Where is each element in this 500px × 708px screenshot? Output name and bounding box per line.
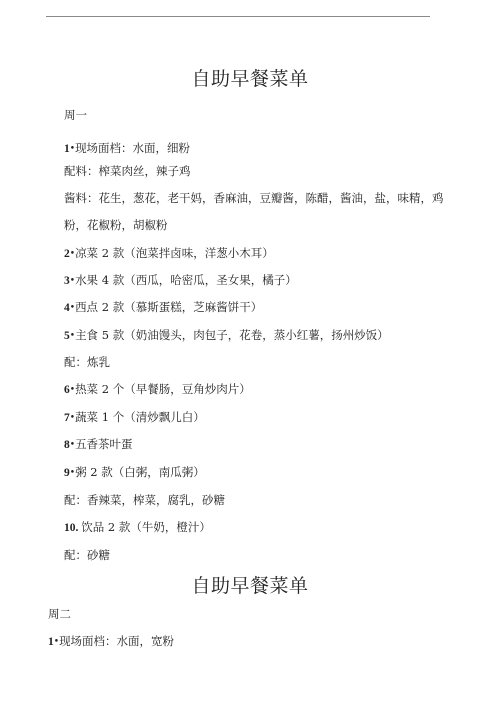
- section-title-monday: 自助早餐菜单: [0, 67, 500, 91]
- menu-item-6: 6•热菜 2 个（早餐肠，豆角炒肉片）: [64, 381, 251, 398]
- menu-item-9: 9•粥 2 款（白粥，南瓜粥）: [64, 464, 205, 481]
- section-title-tuesday: 自助早餐菜单: [0, 574, 500, 598]
- menu-item-4: 4•西点 2 款（慕斯蛋糕，芝麻酱饼干）: [64, 299, 262, 316]
- item-text: 粥 2 款（白粥，南瓜粥）: [75, 465, 205, 479]
- menu-item-7: 7•蔬菜 1 个（清炒飘儿白）: [64, 409, 205, 426]
- item-text: 凉菜 2 款（泡菜拌卤味，洋葱小木耳）: [75, 246, 274, 260]
- day-label-monday: 周一: [64, 107, 87, 123]
- menu-item-1: 1•现场面档：水面，细粉: [64, 140, 190, 157]
- item-text: 饮品 2 款（牛奶，橙汁）: [81, 520, 211, 534]
- menu-item-1-sauces-cont: 粉，花椒粉，胡椒粉: [64, 217, 168, 233]
- item-number: 10: [64, 522, 76, 534]
- menu-item-1-toppings: 配料：榨菜肉丝，辣子鸡: [64, 163, 191, 179]
- menu-item-10-side: 配：砂糖: [64, 547, 110, 563]
- menu-item-1-tuesday: 1•现场面档：水面，宽粉: [48, 633, 174, 650]
- page-header-rule: [46, 16, 430, 17]
- menu-item-8: 8•五香茶叶蛋: [64, 436, 133, 453]
- item-text: 现场面档：水面，宽粉: [59, 634, 174, 648]
- day-label-tuesday: 周二: [48, 606, 71, 622]
- menu-item-2: 2•凉菜 2 款（泡菜拌卤味，洋葱小木耳）: [64, 245, 274, 262]
- item-text: 水果 4 款（西瓜，哈密瓜，圣女果，橘子）: [75, 273, 297, 287]
- item-text: 现场面档：水面，细粉: [75, 141, 190, 155]
- menu-item-1-sauces: 酱料：花生，葱花，老干妈，香麻油，豆瓣酱，陈醋，酱油，盐，味精，鸡: [64, 190, 444, 206]
- menu-item-5: 5•主食 5 款（奶油馒头，肉包子，花卷，蒸小红薯，扬州炒饭）: [64, 327, 389, 344]
- item-text: 五香茶叶蛋: [75, 437, 133, 451]
- menu-item-5-side: 配：炼乳: [64, 354, 110, 370]
- menu-item-3: 3•水果 4 款（西瓜，哈密瓜，圣女果，橘子）: [64, 272, 297, 289]
- menu-item-10: 10. 饮品 2 款（牛奶，橙汁）: [64, 519, 211, 536]
- menu-item-9-side: 配：香辣菜，榨菜，腐乳，砂糖: [64, 492, 225, 508]
- item-text: 蔬菜 1 个（清炒飘儿白）: [75, 410, 205, 424]
- item-text: 西点 2 款（慕斯蛋糕，芝麻酱饼干）: [75, 300, 262, 314]
- item-text: 主食 5 款（奶油馒头，肉包子，花卷，蒸小红薯，扬州炒饭）: [75, 328, 389, 342]
- item-text: 热菜 2 个（早餐肠，豆角炒肉片）: [75, 382, 251, 396]
